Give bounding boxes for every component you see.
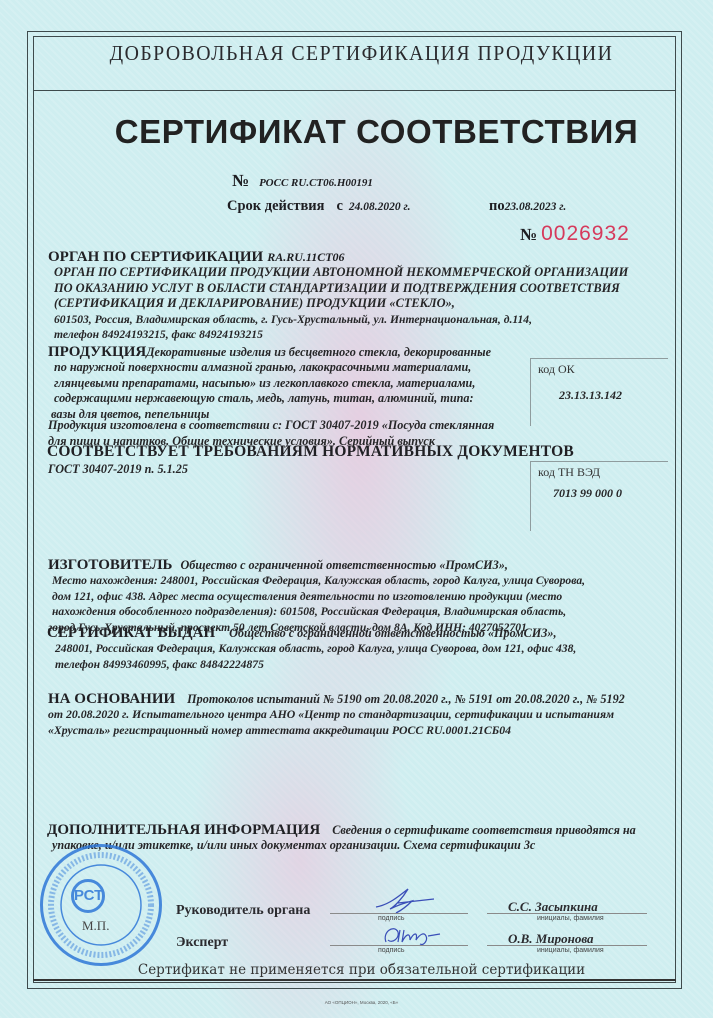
printer-imprint: АО «ОПЦИОН», Москва, 2020, «Б» bbox=[0, 1000, 723, 1005]
certification-body-heading: ОРГАН ПО СЕРТИФИКАЦИИ RA.RU.11СТ06 bbox=[48, 248, 345, 266]
product-line: глянцевыми препаратами, насыпью» из легк… bbox=[54, 376, 475, 392]
additional-info-label: ДОПОЛНИТЕЛЬНАЯ ИНФОРМАЦИЯ bbox=[47, 822, 320, 838]
basis-details: от 20.08.2020 г. Испытательного центра А… bbox=[48, 707, 614, 738]
head-signature-caption: подпись bbox=[378, 915, 404, 922]
certification-body-line: (СЕРТИФИКАЦИЯ И ДЕКЛАРИРОВАНИЕ) ПРОДУКЦИ… bbox=[54, 296, 628, 312]
certification-body-label: ОРГАН ПО СЕРТИФИКАЦИИ bbox=[48, 249, 263, 265]
footer-divider bbox=[33, 979, 676, 981]
certification-body-line: 601503, Россия, Владимирская область, г.… bbox=[54, 312, 628, 328]
manufacturer-line: Место нахождения: 248001, Российская Фед… bbox=[52, 573, 585, 589]
form-number-row: № 0026932 bbox=[520, 222, 630, 246]
voluntary-certification-title: ДОБРОВОЛЬНАЯ СЕРТИФИКАЦИЯ ПРОДУКЦИИ bbox=[29, 41, 694, 66]
validity-from-label: с bbox=[336, 198, 342, 214]
product-standard-line: Продукция изготовлена в соответствии с: … bbox=[48, 418, 494, 434]
not-applied-notice: Сертификат не применяется при обязательн… bbox=[0, 962, 723, 978]
manufacturer-line: дом 121, офис 438. Адрес места осуществл… bbox=[52, 589, 585, 605]
basis-heading: НА ОСНОВАНИИ Протоколов испытаний № 5190… bbox=[48, 690, 625, 708]
product-line: содержащими нержавеющую сталь, медь, лат… bbox=[54, 391, 475, 407]
head-name-line bbox=[487, 913, 647, 914]
validity-to-date: 23.08.2023 г. bbox=[505, 201, 567, 213]
certification-body-details: ОРГАН ПО СЕРТИФИКАЦИИ ПРОДУКЦИИ АВТОНОМН… bbox=[54, 265, 628, 343]
header-divider bbox=[33, 90, 676, 91]
ok-code-label: код ОК bbox=[538, 362, 575, 377]
head-name-caption: инициалы, фамилия bbox=[537, 915, 604, 922]
additional-info-heading: ДОПОЛНИТЕЛЬНАЯ ИНФОРМАЦИЯ Сведения о сер… bbox=[47, 821, 636, 839]
head-signature-icon bbox=[368, 885, 438, 915]
head-of-body-label: Руководитель органа bbox=[176, 903, 310, 919]
certification-body-code: RA.RU.11СТ06 bbox=[267, 250, 344, 264]
certification-body-line: ПО ОКАЗАНИЮ УСЛУГ В ОБЛАСТИ СТАНДАРТИЗАЦ… bbox=[54, 281, 628, 297]
official-stamp: РСТ bbox=[40, 844, 162, 966]
conformity-label: СООТВЕТСТВУЕТ ТРЕБОВАНИЯМ НОРМАТИВНЫХ ДО… bbox=[47, 443, 574, 461]
product-first-line: Декоративные изделия из бесцветного стек… bbox=[146, 345, 491, 359]
expert-name-caption: инициалы, фамилия bbox=[537, 947, 604, 954]
tnved-code-label: код ТН ВЭД bbox=[538, 465, 600, 480]
product-heading: ПРОДУКЦИЯДекоративные изделия из бесцвет… bbox=[48, 343, 491, 361]
tnved-code-value: 7013 99 000 0 bbox=[553, 486, 622, 501]
validity-label: Срок действия bbox=[227, 198, 324, 214]
basis-label: НА ОСНОВАНИИ bbox=[48, 691, 175, 707]
basis-first-line: Протоколов испытаний № 5190 от 20.08.202… bbox=[187, 692, 625, 706]
registration-number: РОСС RU.СТ06.Н00191 bbox=[259, 177, 373, 189]
expert-label: Эксперт bbox=[176, 935, 228, 951]
seal-mark: М.П. bbox=[82, 918, 109, 934]
product-line: по наружной поверхности алмазной гранью,… bbox=[54, 360, 475, 376]
certificate-title: СЕРТИФИКАТ СООТВЕТСТВИЯ bbox=[0, 113, 723, 151]
product-description: по наружной поверхности алмазной гранью,… bbox=[54, 360, 475, 422]
expert-signature-line bbox=[330, 945, 468, 946]
form-number-sign: № bbox=[520, 225, 537, 244]
ok-code-value: 23.13.13.142 bbox=[559, 388, 622, 403]
validity-from-date: 24.08.2020 г. bbox=[349, 201, 411, 213]
issued-to-line: 248001, Российская Федерация, Калужская … bbox=[55, 641, 576, 657]
validity-row: Срок действия с 24.08.2020 г. bbox=[227, 197, 411, 215]
validity-to: по23.08.2023 г. bbox=[489, 197, 566, 215]
head-signature-line bbox=[330, 913, 468, 914]
issued-to-name: Общество с ограниченной ответственностью… bbox=[229, 626, 556, 640]
rst-logo-icon: РСТ bbox=[71, 879, 105, 913]
issued-to-label: СЕРТИФИКАТ ВЫДАН bbox=[47, 625, 215, 641]
manufacturer-label: ИЗГОТОВИТЕЛЬ bbox=[48, 557, 172, 573]
basis-line: от 20.08.2020 г. Испытательного центра А… bbox=[48, 707, 614, 723]
certification-body-line: ОРГАН ПО СЕРТИФИКАЦИИ ПРОДУКЦИИ АВТОНОМН… bbox=[54, 265, 628, 281]
certification-body-line: телефон 84924193215, факс 84924193215 bbox=[54, 327, 628, 343]
conformity-standard: ГОСТ 30407-2019 п. 5.1.25 bbox=[48, 462, 188, 478]
number-sign: № bbox=[232, 171, 249, 190]
issued-to-details: 248001, Российская Федерация, Калужская … bbox=[55, 641, 576, 672]
additional-info-first-line: Сведения о сертификате соответствия прив… bbox=[332, 823, 636, 837]
manufacturer-line: нахождения обособленного подразделения):… bbox=[52, 604, 585, 620]
tnved-code-box: код ТН ВЭД 7013 99 000 0 bbox=[530, 461, 668, 531]
product-label: ПРОДУКЦИЯ bbox=[48, 344, 146, 360]
issued-to-line: телефон 84993460995, факс 84842224875 bbox=[55, 657, 576, 673]
basis-line: «Хрусталь» регистрационный номер аттеста… bbox=[48, 723, 614, 739]
expert-signature-caption: подпись bbox=[378, 947, 404, 954]
form-number: 0026932 bbox=[541, 222, 630, 245]
issued-to-heading: СЕРТИФИКАТ ВЫДАН Общество с ограниченной… bbox=[47, 624, 557, 642]
expert-name-line bbox=[487, 945, 647, 946]
manufacturer-heading: ИЗГОТОВИТЕЛЬ Общество с ограниченной отв… bbox=[48, 556, 508, 574]
manufacturer-name: Общество с ограниченной ответственностью… bbox=[180, 558, 507, 572]
registration-number-row: № РОСС RU.СТ06.Н00191 bbox=[232, 171, 373, 191]
ok-code-box: код ОК 23.13.13.142 bbox=[530, 358, 668, 426]
validity-to-label: по bbox=[489, 198, 505, 214]
